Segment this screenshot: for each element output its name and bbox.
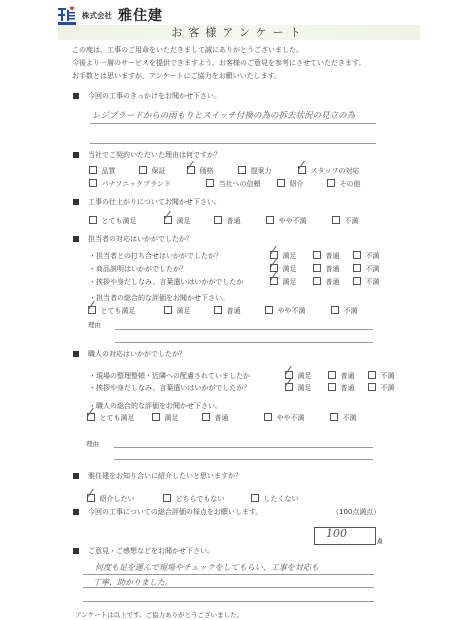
checkbox-checked[interactable] [164,216,172,224]
q6-question: 雅住建をお知り合いに紹介したいと思いますか？ [73,471,242,481]
checkbox[interactable] [353,277,361,285]
checkbox[interactable] [353,264,361,272]
checkbox[interactable] [313,264,321,272]
bullet-icon [73,199,79,205]
bullet-icon [73,509,79,515]
q2-option-warranty[interactable]: 保証 [139,166,166,176]
q3-option-normal[interactable]: 普通 [214,216,241,226]
checkbox[interactable] [163,494,171,502]
q7-question: 今回の工事についての総合評価の採点をお願いします。 [73,507,262,517]
q7-note: （100点満点） [332,507,380,517]
answer-line [83,574,374,575]
q5-reason-line-1[interactable] [114,447,373,448]
q4-sub-1-dissatisfied[interactable]: 不満 [353,251,380,261]
q4-sub-1-normal[interactable]: 普通 [313,251,340,261]
q5-overall-dissatisfied[interactable]: 不満 [330,413,357,423]
q2-option-quality[interactable]: 品質 [89,166,116,176]
q4-sub-2-label: ・商品説明はいかがでしたか？ [89,264,187,274]
q1-question: 今回の工事のきっかけをお聞かせ下さい。 [73,91,221,101]
q5-overall-label: ・職人の総合的な評価をお聞かせ下さい。 [89,401,222,411]
checkbox[interactable] [331,306,339,314]
checkbox[interactable] [152,413,160,421]
q6-option-dont-want[interactable]: したくない [251,494,299,504]
q4-reason-line-2[interactable] [115,342,373,343]
q4-sub-1-label: ・担当者との打ち合せはいかがでしたか？ [89,251,222,261]
q5-reason-line-2[interactable] [114,459,373,460]
q5-reason-label: 理由 [86,439,99,448]
q4-overall-normal[interactable]: 普通 [214,306,241,316]
checkbox[interactable] [368,371,376,379]
q4-sub-2-dissatisfied[interactable]: 不満 [353,264,380,274]
bullet-icon [73,351,79,357]
checkbox[interactable] [313,277,321,285]
checkbox[interactable] [328,383,336,391]
q5-overall-very-satisfied[interactable]: とても満足 [87,413,135,423]
checkbox[interactable] [313,251,321,259]
answer-line [90,143,376,144]
intro-line-3: お手数とは思いますが、アンケートにご協力をお願いいたします。 [72,71,281,81]
answer-line [83,587,374,588]
checkbox[interactable] [277,179,285,187]
bullet-icon [73,236,79,242]
checkbox[interactable] [164,306,172,314]
bullet-icon [73,152,79,158]
checkbox[interactable] [330,413,338,421]
q5-overall-somewhat-dissatisfied[interactable]: やや不満 [264,413,305,423]
checkbox-checked[interactable] [88,306,96,314]
q3-option-somewhat-dissatisfied[interactable]: やや不満 [266,216,307,226]
checkbox[interactable] [328,371,336,379]
checkbox[interactable] [264,413,272,421]
footer-thanks: アンケートは以上です。ご協力ありがとうございました。 [75,610,243,619]
score-value: 100 [326,527,347,540]
answer-line [90,123,376,124]
q3-question: 工事の仕上がりについてお聞かせ下さい。 [73,197,221,207]
checkbox[interactable] [214,216,222,224]
q5-overall-normal[interactable]: 普通 [202,413,229,423]
answer-line [83,601,374,602]
q4-reason-line-1[interactable] [115,329,373,330]
checkbox[interactable] [251,494,259,502]
intro-line-2: 今後より一層のサービスを提供できますよう、お客様のご意見を参考にさせていただきま… [72,58,365,68]
q6-option-want-to-refer[interactable]: 紹介したい [87,494,135,504]
q4-overall-dissatisfied[interactable]: 不満 [331,306,358,316]
checkbox[interactable] [89,216,97,224]
intro-line-1: この度は、工事のご用命をいただきまして誠にありがとうございました。 [72,45,303,55]
q4-overall-label: ・担当者の総合的な評価をお聞かせ下さい。 [89,293,229,303]
checkbox-checked[interactable] [87,413,95,421]
q6-option-neither[interactable]: どちらでもない [163,494,224,504]
q5-sub-1-label: ・現場の整理整頓・近隣への配慮されていましたか [89,371,281,381]
checkbox[interactable] [266,216,274,224]
q4-overall-very-satisfied[interactable]: とても満足 [88,306,136,316]
q5-sub-2-satisfied[interactable]: 満足 [285,383,312,393]
q4-sub-3-label: ・挨拶や身だしなみ、言葉遣いはいかがでしたか [89,277,267,287]
company-prefix: 株式会社 [82,10,112,21]
q3-option-dissatisfied[interactable]: 不満 [332,216,359,226]
q2-option-staff[interactable]: スタッフの対応 [298,166,360,176]
checkbox-checked[interactable] [285,383,293,391]
checkbox-checked[interactable] [270,251,278,259]
q4-overall-somewhat-dissatisfied[interactable]: やや不満 [265,306,306,316]
q3-option-very-satisfied[interactable]: とても満足 [89,216,137,226]
checkbox[interactable] [89,179,97,187]
checkbox[interactable] [332,216,340,224]
q5-sub-1-normal[interactable]: 普通 [328,371,355,381]
q1-answer[interactable]: レジプラードからの雨もりとスイッチ付換の為の拆去状況の見立の為 [92,109,355,121]
q3-option-satisfied[interactable]: 満足 [164,216,191,226]
q8-question: ご意見・ご感想などをお聞かせ下さい。 [73,546,214,556]
checkbox[interactable] [206,179,214,187]
q2-option-trust[interactable]: 当社への信頼 [206,179,261,189]
q4-sub-3-dissatisfied[interactable]: 不満 [353,277,380,287]
checkbox[interactable] [353,251,361,259]
q4-question: 担当者の対応はいかがでしたか？ [73,234,193,244]
q5-sub-2-dissatisfied[interactable]: 不満 [368,383,395,393]
checkbox[interactable] [139,166,147,174]
bullet-icon [73,473,79,479]
q4-sub-3-satisfied[interactable]: 満足 [270,277,297,287]
bullet-icon [73,93,79,99]
checkbox[interactable] [327,179,335,187]
checkbox-checked[interactable] [187,166,195,174]
q5-sub-2-normal[interactable]: 普通 [328,383,355,393]
checkbox[interactable] [202,413,210,421]
checkbox-checked[interactable] [270,277,278,285]
checkbox-checked[interactable] [270,264,278,272]
checkbox-checked[interactable] [298,166,306,174]
checkbox[interactable] [368,383,376,391]
page-title: お客様アンケート [58,25,420,40]
checkbox[interactable] [89,166,97,174]
checkbox-checked[interactable] [87,494,95,502]
q5-question: 職人の対応はいかがでしたか？ [73,349,186,359]
checkbox[interactable] [238,166,246,174]
bullet-icon [73,548,79,554]
q5-sub-2-label: ・挨拶や身だしなみ、言葉遣いはいかがでしたか？ [89,383,250,393]
score-unit: 点 [377,537,383,545]
q4-overall-satisfied[interactable]: 満足 [164,306,191,316]
checkbox[interactable] [265,306,273,314]
q5-overall-satisfied[interactable]: 満足 [152,413,179,423]
q2-option-other[interactable]: その他 [327,179,361,189]
q8-answer-line-1[interactable]: 何度も足を運んで現場やチェックをしてもらい、工事を対応も [95,562,319,573]
q5-sub-1-dissatisfied[interactable]: 不満 [368,371,395,381]
q4-sub-2-normal[interactable]: 普通 [313,264,340,274]
q2-option-referral[interactable]: 紹介 [277,179,304,189]
q2-question: 当社でご契約いただいた理由は何ですか？ [73,150,221,160]
q4-sub-3-normal[interactable]: 普通 [313,277,340,287]
q2-option-price[interactable]: 価格 [187,166,214,176]
q2-option-panasonic[interactable]: パナソニックブランド [89,179,171,189]
checkbox[interactable] [214,306,222,314]
company-name: 雅住建 [118,5,163,25]
q4-reason-label: 理由 [88,320,101,329]
q2-option-proposal[interactable]: 提案力 [238,166,272,176]
